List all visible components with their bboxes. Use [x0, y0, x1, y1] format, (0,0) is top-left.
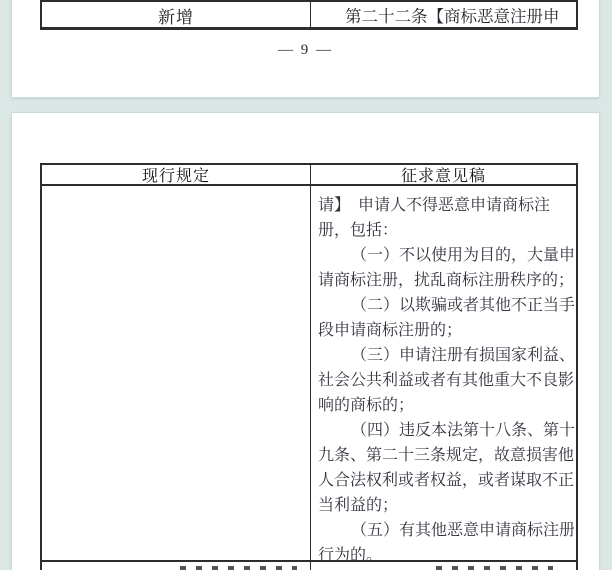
cell-new-addition-label: 新增: [42, 3, 310, 27]
draft-text-line: 当利益的；: [318, 493, 574, 518]
document-page-9: 新增 第二十二条【商标恶意注册申 — 9 —: [12, 0, 599, 97]
table-right-border: [576, 163, 578, 570]
clipped-text-fragment: [436, 566, 553, 570]
draft-text-line: （五）有其他恶意申请商标注册: [318, 518, 574, 543]
draft-text-line: 九条、第二十三条规定，故意损害他: [318, 443, 574, 468]
draft-text-line: （四）违反本法第十八条、第十: [318, 418, 574, 443]
document-page-10: 现行规定 征求意见稿 请】 申请人不得恶意申请商标注 册，包括： （一）不以使用…: [12, 113, 599, 570]
draft-text-line: 段申请商标注册的；: [318, 318, 574, 343]
draft-text-line: （一）不以使用为目的，大量申: [318, 243, 574, 268]
cell-article-22-title: 第二十二条【商标恶意注册申: [345, 3, 577, 27]
table-row-divider: [40, 0, 578, 2]
table-bottom-border: [40, 27, 578, 30]
draft-text-line: （三）申请注册有损国家利益、: [318, 343, 574, 368]
clipped-text-fragment: [180, 566, 297, 570]
column-header-draft-for-comments: 征求意见稿: [311, 165, 576, 184]
draft-text-line: （二）以欺骗或者其他不正当手: [318, 293, 574, 318]
draft-text-line: 社会公共利益或者有其他重大不良影: [318, 368, 574, 393]
table-column-divider: [310, 163, 311, 570]
draft-text-line: 请】 申请人不得恶意申请商标注: [318, 193, 574, 218]
comparison-table: 现行规定 征求意见稿 请】 申请人不得恶意申请商标注 册，包括： （一）不以使用…: [40, 163, 578, 570]
draft-text-line: 人合法权利或者权益，或者谋取不正: [318, 468, 574, 493]
cell-current-provision-empty: [42, 186, 310, 560]
draft-text-line: 请商标注册，扰乱商标注册秩序的；: [318, 268, 574, 293]
draft-text-line: 册，包括：: [318, 218, 574, 243]
page-number: — 9 —: [12, 42, 599, 59]
table-column-divider: [310, 0, 311, 30]
cell-draft-article-text: 请】 申请人不得恶意申请商标注 册，包括： （一）不以使用为目的，大量申 请商标…: [318, 193, 574, 568]
document-viewer: 新增 第二十二条【商标恶意注册申 — 9 — 现行规定 征求意见稿 请】 申请人…: [0, 0, 612, 570]
column-header-current-provisions: 现行规定: [42, 165, 310, 184]
draft-text-line: 响的商标的；: [318, 393, 574, 418]
comparison-table-fragment: 新增 第二十二条【商标恶意注册申: [40, 0, 578, 30]
draft-text-line: 行为的。: [318, 543, 574, 568]
